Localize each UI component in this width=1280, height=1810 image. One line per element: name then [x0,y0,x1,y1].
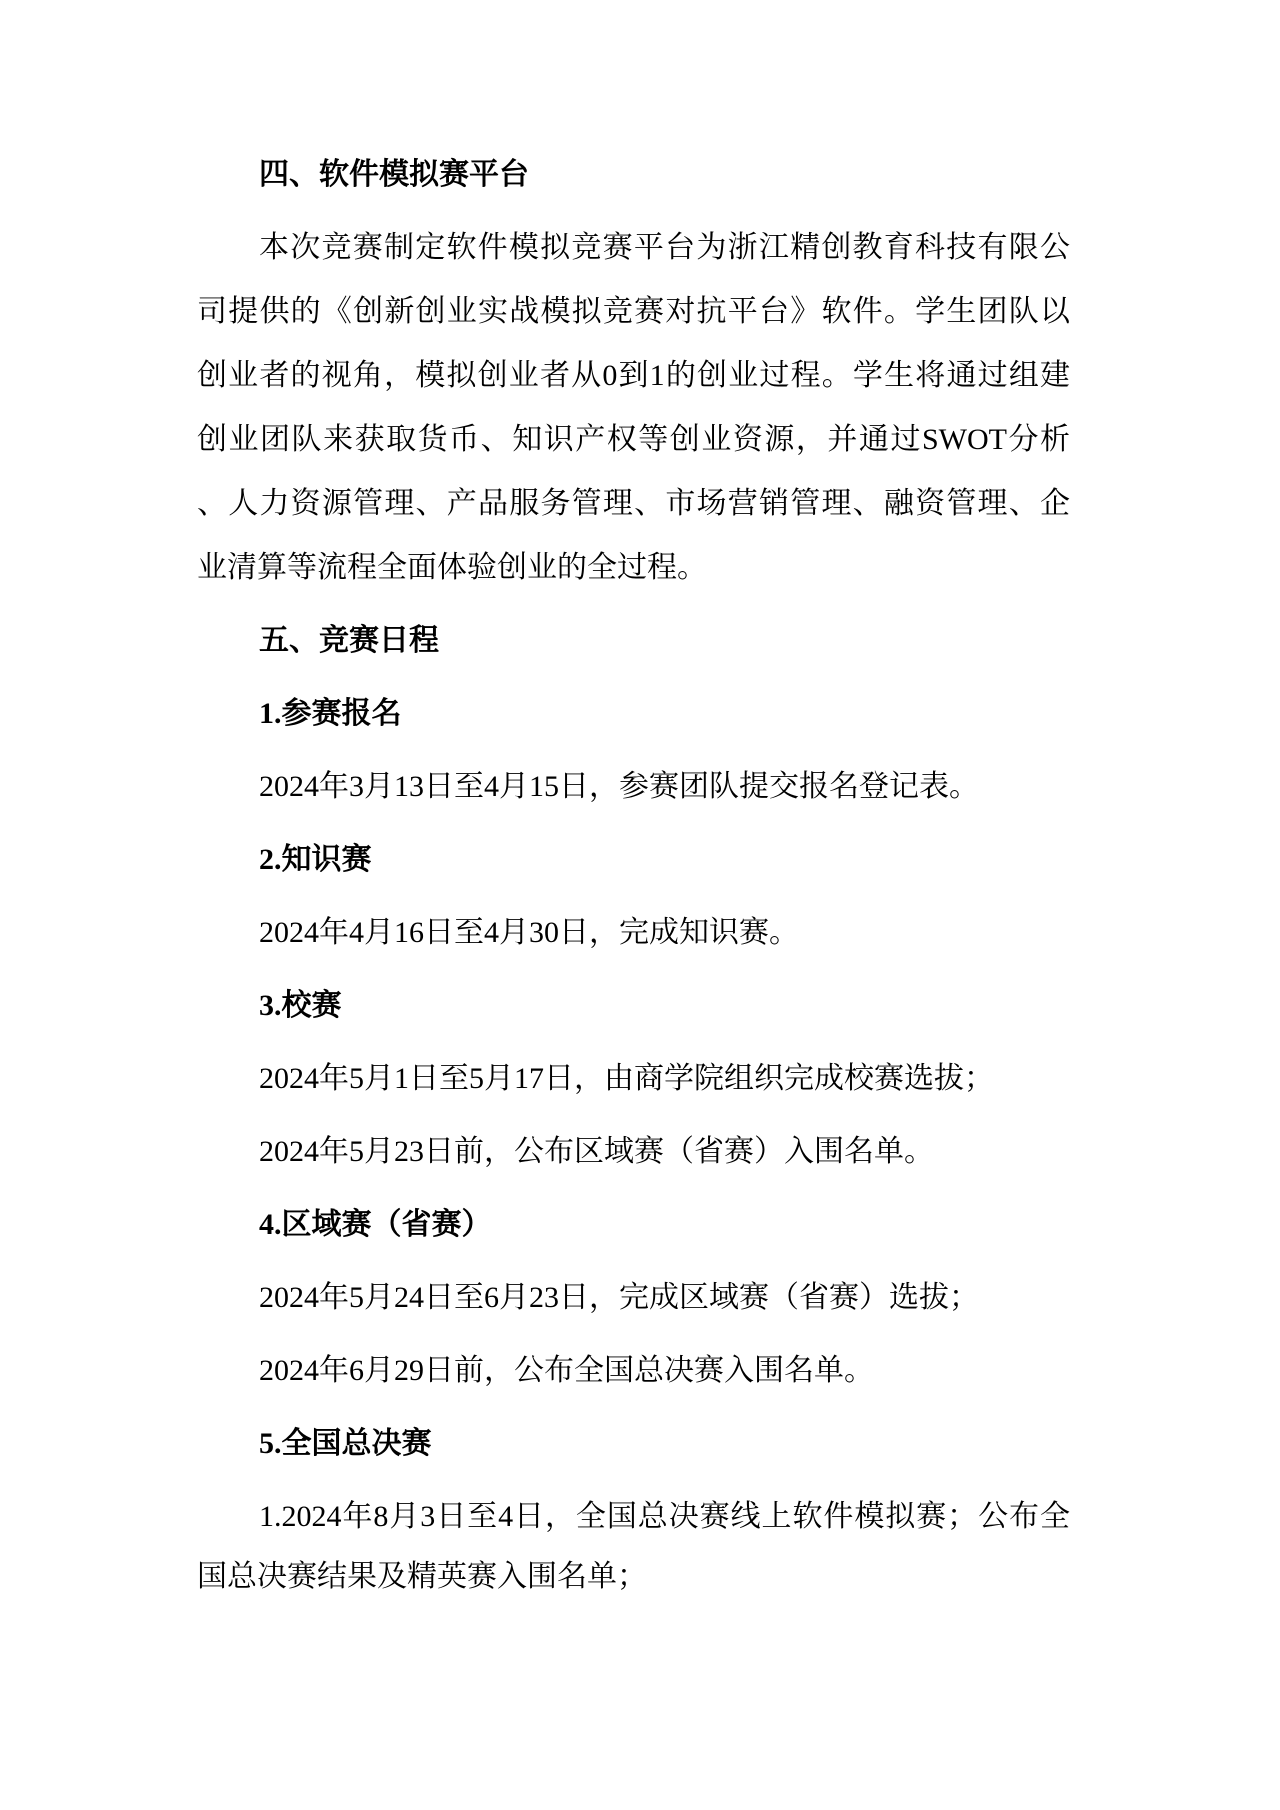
document-page: 四、软件模拟赛平台 本次竞赛制定软件模拟竞赛平台为浙江精创教育科技有限公 司提供… [0,0,1280,1810]
subsection-heading-registration: 1.参赛报名 [259,694,402,734]
section-heading-software-platform: 四、软件模拟赛平台 [259,155,529,195]
subsection-heading-knowledge-contest: 2.知识赛 [259,840,372,880]
schedule-line-school-contest-announcement: 2024年5月23日前，公布区域赛（省赛）入围名单。 [259,1132,934,1172]
subsection-heading-national-final: 5.全国总决赛 [259,1424,432,1464]
section-heading-schedule: 五、竞赛日程 [259,621,439,661]
paragraph-line: 司提供的《创新创业实战模拟竞赛对抗平台》软件。学生团队以 [197,292,1070,332]
subsection-heading-regional-contest: 4.区域赛（省赛） [259,1205,492,1245]
schedule-line-regional-announcement: 2024年6月29日前，公布全国总决赛入围名单。 [259,1351,874,1391]
schedule-line-registration: 2024年3月13日至4月15日，参赛团队提交报名登记表。 [259,767,979,807]
subsection-heading-school-contest: 3.校赛 [259,986,342,1026]
paragraph-line: 创业团队来获取货币、知识产权等创业资源，并通过SWOT分析 [197,420,1070,460]
schedule-line-national-final-continued: 国总决赛结果及精英赛入围名单； [197,1557,647,1597]
schedule-line-regional-contest: 2024年5月24日至6月23日，完成区域赛（省赛）选拔； [259,1278,979,1318]
paragraph-line: 业清算等流程全面体验创业的全过程。 [197,548,707,588]
paragraph-line: 本次竞赛制定软件模拟竞赛平台为浙江精创教育科技有限公 [197,228,1070,268]
paragraph-line: 、人力资源管理、产品服务管理、市场营销管理、融资管理、企 [197,484,1070,524]
paragraph-line: 创业者的视角，模拟创业者从0到1的创业过程。学生将通过组建 [197,356,1070,396]
schedule-line-knowledge-contest: 2024年4月16日至4月30日，完成知识赛。 [259,913,799,953]
schedule-line-national-final: 1.2024年8月3日至4日，全国总决赛线上软件模拟赛；公布全 [197,1497,1070,1537]
schedule-line-school-contest: 2024年5月1日至5月17日，由商学院组织完成校赛选拔； [259,1059,994,1099]
